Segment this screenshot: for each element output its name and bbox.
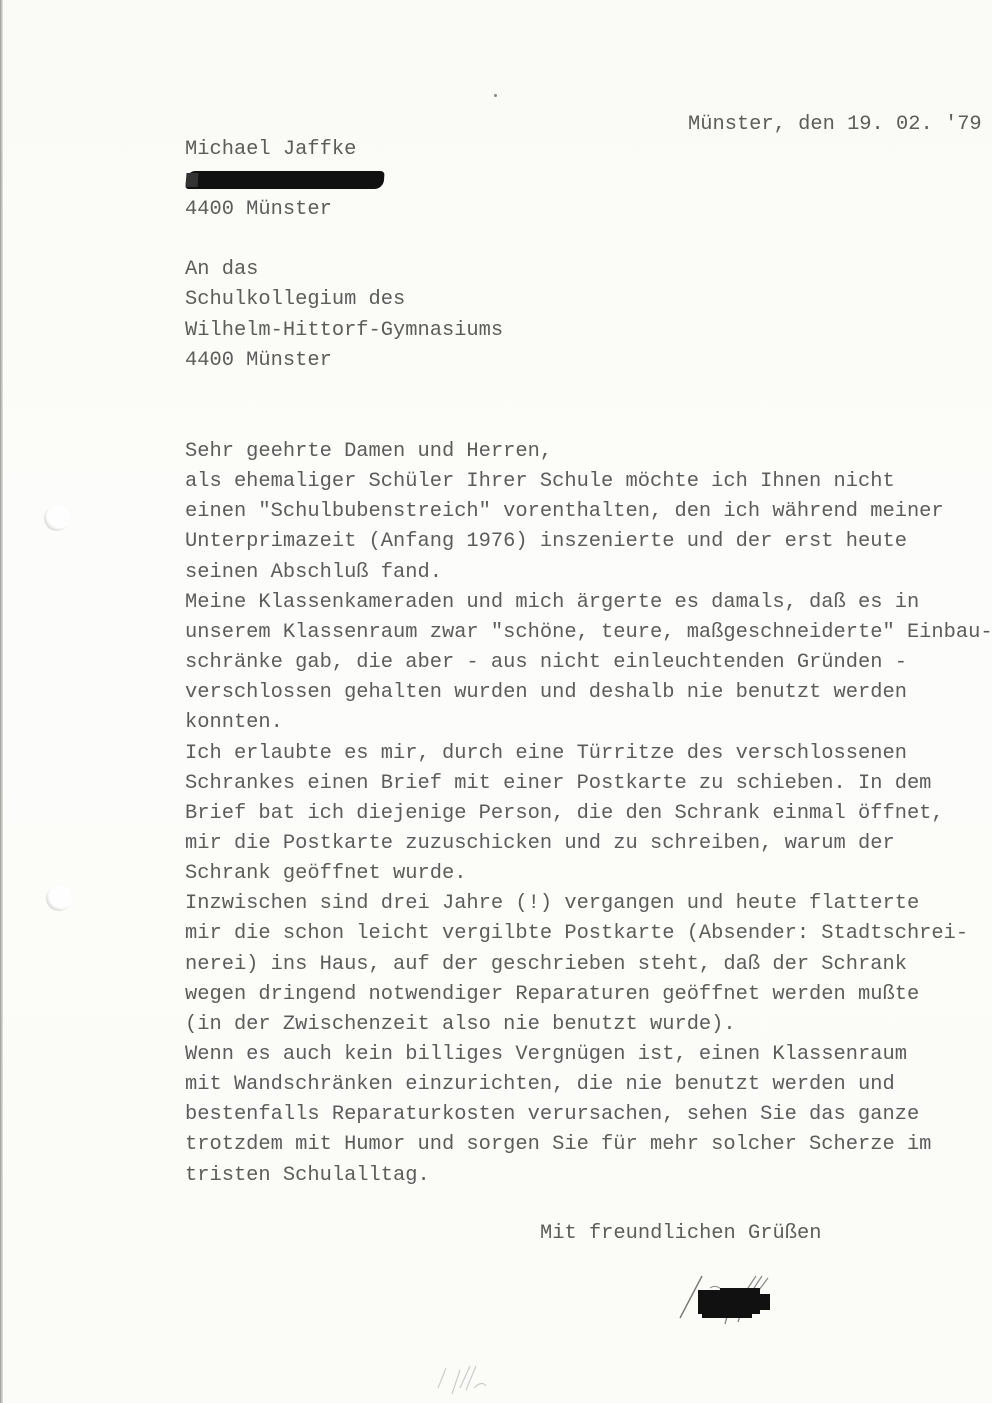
sender-city: 4400 Münster [185,198,332,222]
body-line: schränke gab, die aber - aus nicht einle… [185,651,907,675]
faint-pencil-mark [430,1358,510,1398]
body-line: unserem Klassenraum zwar "schöne, teure,… [185,621,992,645]
body-line: konnten. [185,711,283,735]
punch-hole-top [44,505,70,531]
body-line: mir die Postkarte zuzuschicken und zu sc… [185,832,895,856]
body-line: Meine Klassenkameraden und mich ärgerte … [185,591,919,615]
body-line: wegen dringend notwendiger Reparaturen g… [185,983,919,1007]
body-line: Schrank geöffnet wurde. [185,862,466,886]
body-line: Ich erlaubte es mir, durch eine Türritze… [185,742,907,766]
recipient-line: 4400 Münster [185,349,332,373]
recipient-line: Wilhelm-Hittorf-Gymnasiums [185,319,503,343]
body-line: einen "Schulbubenstreich" vorenthalten, … [185,500,944,524]
body-line: tristen Schulalltag. [185,1164,430,1188]
body-line: seinen Abschluß fand. [185,561,442,585]
redacted-signature [670,1268,790,1328]
body-line: Unterprimazeit (Anfang 1976) inszenierte… [185,530,907,554]
body-line: Brief bat ich diejenige Person, die den … [185,802,944,826]
recipient-line: Schulkollegium des [185,288,405,312]
body-line: mir die schon leicht vergilbte Postkarte… [185,922,968,946]
body-line: Inzwischen sind drei Jahre (!) vergangen… [185,892,919,916]
salutation: Sehr geehrte Damen und Herren, [185,440,552,464]
body-line: verschlossen gehalten wurden und deshalb… [185,681,907,705]
closing-line: Mit freundlichen Grüßen [540,1222,821,1246]
body-line: trotzdem mit Humor und sorgen Sie für me… [185,1133,931,1157]
body-line: als ehemaliger Schüler Ihrer Schule möch… [185,470,895,494]
sender-name: Michael Jaffke [185,138,356,162]
body-line: nerei) ins Haus, auf der geschrieben ste… [185,953,907,977]
body-line: bestenfalls Reparaturkosten verursachen,… [185,1103,919,1127]
date-line: Münster, den 19. 02. '79 [688,113,982,137]
body-line: Wenn es auch kein billiges Vergnügen ist… [185,1043,907,1067]
punch-hole-bottom [46,885,72,911]
body-line: mit Wandschränken einzurichten, die nie … [185,1073,895,1097]
body-line: (in der Zwischenzeit also nie benutzt wu… [185,1013,736,1037]
paper-speck [494,94,497,97]
body-line: Schrankes einen Brief mit einer Postkart… [185,772,931,796]
recipient-line: An das [185,258,258,282]
redacted-sender-street [185,171,384,189]
page-edge-shadow [0,0,3,1403]
